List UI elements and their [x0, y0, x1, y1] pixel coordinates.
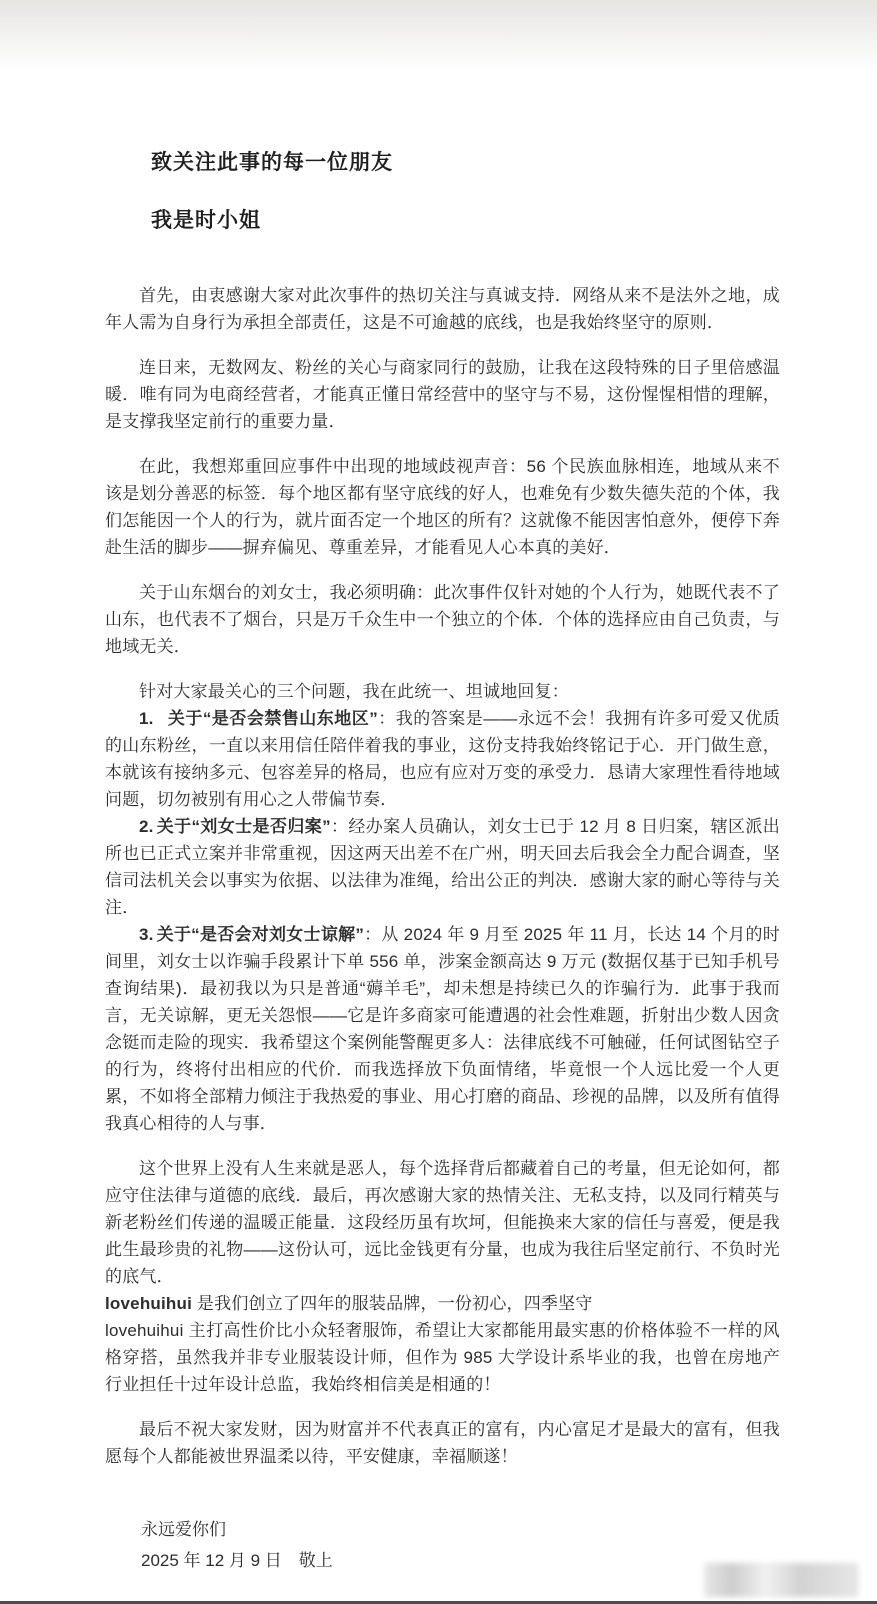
letter-salutation: 致关注此事的每一位朋友 [151, 146, 780, 176]
letter-page: 致关注此事的每一位朋友 我是时小姐 首先，由衷感谢大家对此次事件的热切关注与真诚… [0, 0, 877, 1604]
paragraph-encouragement: 连日来，无数网友、粉丝的关心与商家同行的鼓励，让我在这段特殊的日子里倍感温暖．唯… [105, 354, 780, 435]
paragraph-reflection: 这个世界上没有人生来就是恶人，每个选择背后都藏着自己的考量，但无论如何，都应守住… [105, 1155, 780, 1290]
paragraph-ms-liu-clarification: 关于山东烟台的刘女士，我必须明确：此次事件仅针对她的个人行为，她既代表不了山东，… [105, 579, 780, 660]
qa-item-1-number: 1. [139, 709, 154, 728]
qa-item-2-heading: 关于“刘女士是否归案” [157, 817, 331, 836]
signature-block: 永远爱你们 2025 年 12 月 9 日 敬上 [141, 1514, 780, 1576]
qa-item-1: 1.关于“是否会禁售山东地区”：我的答案是——永远不会！我拥有许多可爱又优质的山… [105, 705, 780, 813]
blurred-watermark [704, 1563, 859, 1597]
letter-content: 致关注此事的每一位朋友 我是时小姐 首先，由衷感谢大家对此次事件的热切关注与真诚… [105, 146, 780, 1576]
letter-author: 我是时小姐 [151, 204, 780, 234]
paragraph-final-wish: 最后不祝大家发财，因为财富并不代表真正的富有，内心富足才是最大的富有，但我愿每个… [105, 1416, 780, 1470]
qa-item-2: 2.关于“刘女士是否归案”：经办案人员确认，刘女士已于 12 月 8 日归案，辖… [105, 813, 780, 921]
paragraph-region-discrimination: 在此，我想郑重回应事件中出现的地域歧视声音：56 个民族血脉相连，地域从来不该是… [105, 453, 780, 561]
qa-item-3-answer: ：从 2024 年 9 月至 2025 年 11 月，长达 14 个月的时间里，… [105, 925, 780, 1133]
qa-item-2-number: 2. [139, 817, 154, 836]
brand-name-bold: lovehuihui [105, 1294, 192, 1313]
qa-item-3-number: 3. [139, 925, 154, 944]
signature-date: 2025 年 12 月 9 日 敬上 [141, 1545, 780, 1576]
letter-body: 首先，由衷感谢大家对此次事件的热切关注与真诚支持．网络从来不是法外之地，成年人需… [105, 282, 780, 1470]
brand-intro-rest: 是我们创立了四年的服装品牌，一份初心，四季坚守 [192, 1294, 593, 1313]
qa-item-1-heading: 关于“是否会禁售山东地区” [168, 709, 378, 728]
qa-item-3: 3.关于“是否会对刘女士谅解”：从 2024 年 9 月至 2025 年 11 … [105, 921, 780, 1137]
paragraph-brand-description: lovehuihui 主打高性价比小众轻奢服饰，希望让大家都能用最实惠的价格体验… [105, 1317, 780, 1398]
brand-intro-line: lovehuihui 是我们创立了四年的服装品牌，一份初心，四季坚守 [105, 1290, 780, 1317]
page-top-shading [0, 0, 877, 72]
paragraph-thanks: 首先，由衷感谢大家对此次事件的热切关注与真诚支持．网络从来不是法外之地，成年人需… [105, 282, 780, 336]
signature-closing: 永远爱你们 [141, 1514, 780, 1545]
qa-item-3-heading: 关于“是否会对刘女士谅解” [157, 925, 365, 944]
qa-intro: 针对大家最关心的三个问题，我在此统一、坦诚地回复： [105, 678, 780, 705]
